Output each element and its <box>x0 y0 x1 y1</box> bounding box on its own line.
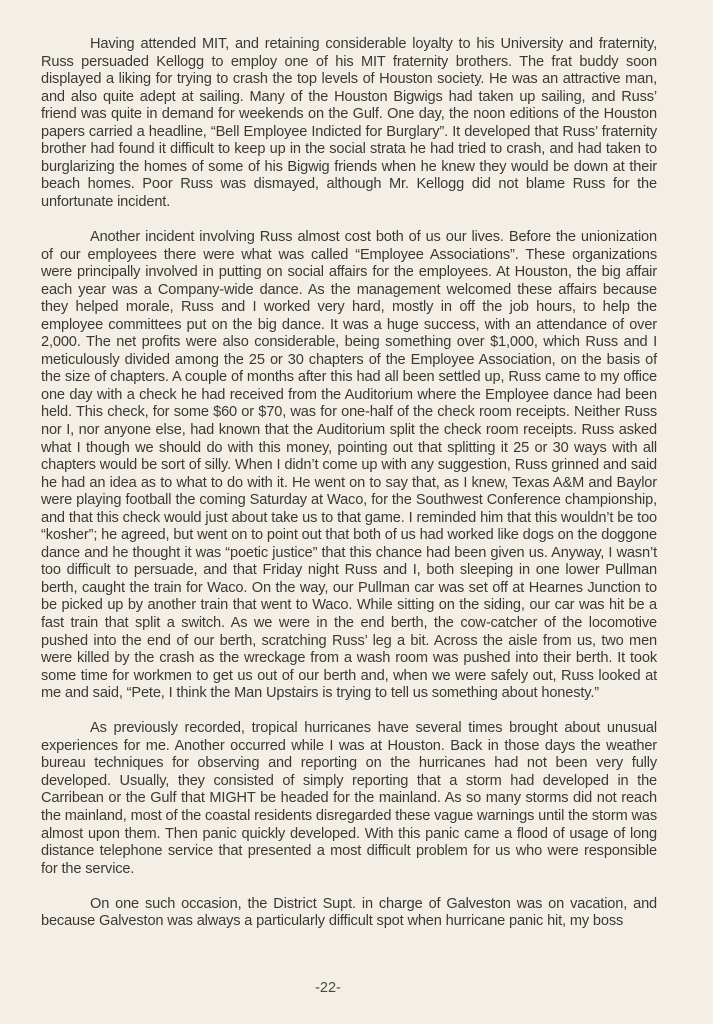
paragraph-mit-fraternity-brother: Having attended MIT, and retaining consi… <box>41 36 657 211</box>
paragraph-galveston-occasion: On one such occasion, the District Supt.… <box>41 896 657 931</box>
document-page: Having attended MIT, and retaining consi… <box>41 36 657 948</box>
paragraph-train-wreck-incident: Another incident involving Russ almost c… <box>41 229 657 703</box>
paragraph-hurricanes: As previously recorded, tropical hurrica… <box>41 720 657 878</box>
page-number: -22- <box>0 980 656 996</box>
